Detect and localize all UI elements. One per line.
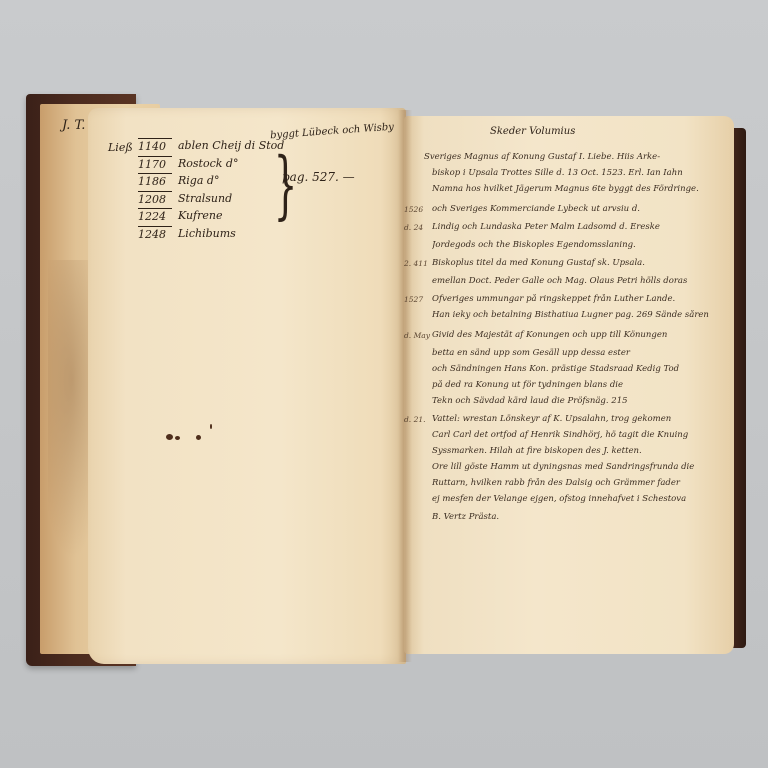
ink-spot	[196, 435, 201, 440]
ledger-year: 1248	[138, 226, 172, 244]
manuscript-line: Sveriges Magnus af Konung Gustaf I. Lieb…	[424, 152, 714, 162]
manuscript-line: och Sveriges Kommerciande Lybeck ut arvs…	[432, 204, 722, 214]
ledger-prefix: Ließ	[108, 140, 133, 157]
manuscript-line: betta en sänd upp som Gesäll upp dessa e…	[432, 348, 722, 358]
manuscript-line: Syssmarken. Hilah at fire biskopen des J…	[432, 446, 722, 456]
book-gutter	[398, 110, 412, 662]
manuscript-line: B. Vertz Prästa.	[432, 512, 722, 522]
ledger-text: Riga d°	[178, 173, 219, 191]
ledger-year: 1186	[138, 173, 172, 191]
manuscript-line: Jordegods och the Biskoples Egendomsslan…	[432, 240, 722, 250]
manuscript-line: och Sändningen Hans Kon. prästige Stadsr…	[432, 364, 722, 374]
manuscript-line: Lindig och Lundaska Peter Malm Ladsomd d…	[432, 222, 722, 232]
manuscript-line: Ofveriges ummungar på ringskeppet från L…	[432, 294, 722, 304]
ledger-year: 1140	[138, 138, 172, 156]
manuscript-line: Han ieky och betalning Bisthatiua Lugner…	[432, 310, 722, 320]
manuscript-line: Tekn och Sävdad kärd laud die Pröfsnäg. …	[432, 396, 722, 406]
manuscript-line: Namna hos hvilket Jägerum Magnus 6te byg…	[432, 184, 722, 194]
margin-note: d. 24	[404, 223, 423, 232]
curly-brace: }	[274, 148, 298, 222]
ledger-entry: 1224Kufrene	[138, 208, 284, 226]
ledger-text: ablen Cheij di Stod	[178, 138, 284, 156]
manuscript-line: Biskoplus titel da med Konung Gustaf sk.…	[432, 258, 722, 268]
page-reference: pag. 527. —	[282, 170, 355, 184]
ledger-rows: 1140ablen Cheij di Stod1170Rostock d°118…	[138, 138, 284, 243]
ink-spot	[175, 436, 180, 440]
manuscript-line: emellan Doct. Peder Galle och Mag. Olaus…	[432, 276, 722, 286]
ledger-year: 1224	[138, 208, 172, 226]
manuscript-line: Vattel: wrestan Lönskeyr af K. Upsalahn,…	[432, 414, 722, 424]
manuscript-line: ej mesfen der Velange ejgen, ofstog inne…	[432, 494, 722, 504]
margin-note: 1527	[404, 295, 423, 304]
manuscript-line: biskop i Upsala Trottes Sille d. 13 Oct.…	[432, 168, 722, 178]
ink-spot	[210, 424, 212, 429]
margin-note: d. May	[404, 331, 430, 340]
margin-note: 2. 411	[404, 259, 428, 268]
book-photo: J. T. K Ließ 1140ablen Cheij di Stod1170…	[0, 0, 768, 768]
ledger-text: Rostock d°	[178, 156, 238, 174]
ledger-entry: 1248Lichibums	[138, 226, 284, 244]
ledger-text: Stralsund	[178, 191, 232, 209]
manuscript-line: på ded ra Konung ut för tydningen blans …	[432, 380, 722, 390]
manuscript-line: Givid des Majestät af Konungen och upp t…	[432, 330, 722, 340]
right-page-heading: Skeder Volumius	[490, 126, 575, 137]
margin-note: 1526	[404, 205, 423, 214]
manuscript-line: Carl Carl det ortfod af Henrik Sindhörj,…	[432, 430, 722, 440]
manuscript-line: Ore lill göste Hamm ut dyningsnas med Sa…	[432, 462, 722, 472]
ledger-text: Kufrene	[178, 208, 223, 226]
ledger-entry: 1208Stralsund	[138, 191, 284, 209]
ledger-entry: 1170Rostock d°	[138, 156, 284, 174]
ledger-year: 1170	[138, 156, 172, 174]
ledger-year: 1208	[138, 191, 172, 209]
ledger-entry: 1140ablen Cheij di Stod	[138, 138, 284, 156]
corner-mark: J. T.	[62, 118, 85, 133]
ink-spot	[166, 434, 173, 440]
manuscript-line: Ruttarn, hvilken rabb från des Dalsig oc…	[432, 478, 722, 488]
ledger-entry: 1186Riga d°	[138, 173, 284, 191]
margin-note: d. 21.	[404, 415, 426, 424]
ledger-text: Lichibums	[178, 226, 236, 244]
